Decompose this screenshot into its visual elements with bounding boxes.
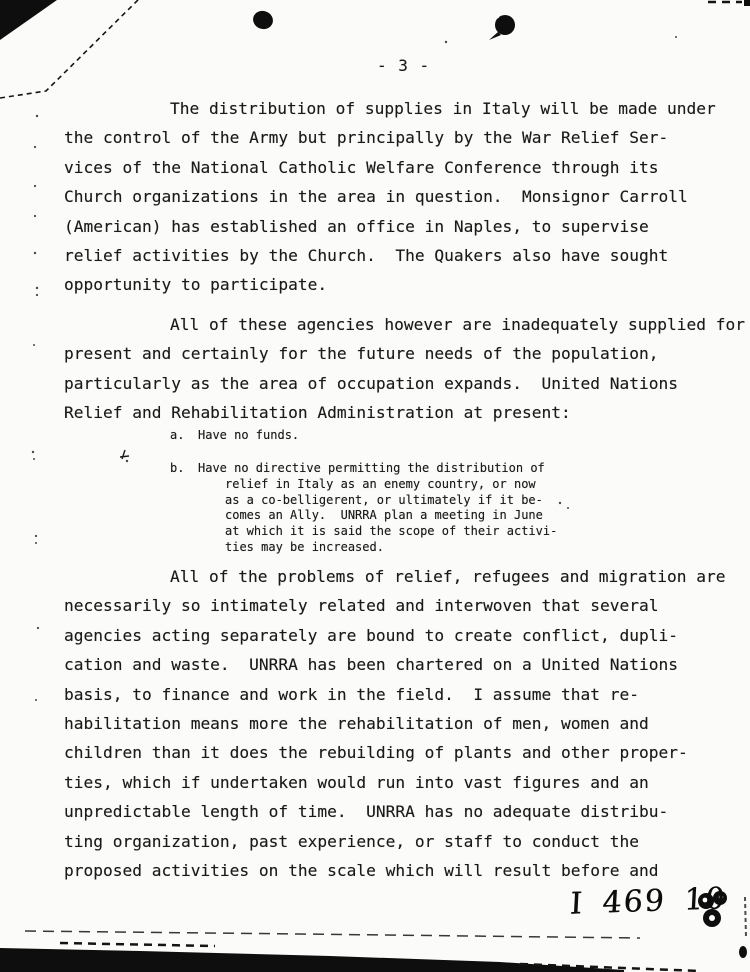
text-line: Church organizations in the area in ques… [64, 182, 716, 211]
text-line: agencies acting separately are bound to … [64, 621, 726, 650]
top-right-speck [744, 0, 750, 6]
text-line: Have no funds. [198, 428, 299, 443]
bottom-dashed-line-2 [60, 943, 215, 946]
right-edge-mark [745, 897, 746, 937]
text-line: as a co-belligerent, or ultimately if it… [225, 493, 557, 509]
text-line: vices of the National Catholic Welfare C… [64, 153, 716, 182]
text-line: (American) has established an office in … [64, 212, 716, 241]
text-line: necessarily so intimately related and in… [64, 591, 726, 620]
text-line: ties, which if undertaken would run into… [64, 768, 726, 797]
text-line: relief in Italy as an enemy country, or … [225, 477, 557, 493]
text-line: All of the problems of relief, refugees … [64, 562, 726, 591]
text-line: opportunity to participate. [64, 270, 716, 299]
text-line: cation and waste. UNRRA has been charter… [64, 650, 726, 679]
text-line: relief activities by the Church. The Qua… [64, 241, 716, 270]
handwritten-annotation: I 469 10 [569, 881, 727, 922]
text-line: ties may be increased. [225, 540, 557, 556]
text-line: Have no directive permitting the distrib… [198, 461, 557, 477]
document-page: - 3 - The distribution of supplies in It… [0, 0, 750, 972]
text-line: basis, to finance and work in the field.… [64, 680, 726, 709]
paragraph-1: The distribution of supplies in Italy wi… [64, 94, 716, 300]
list-item-a: a. Have no funds. [170, 428, 299, 443]
ink-dot-right [489, 14, 515, 41]
paragraph-3: All of the problems of relief, refugees … [64, 562, 726, 885]
text-line: children than it does the rebuilding of … [64, 738, 726, 767]
text-line: The distribution of supplies in Italy wi… [64, 94, 716, 123]
bottom-edge-tail [520, 964, 700, 971]
paragraph-2: All of these agencies however are inadeq… [64, 310, 745, 428]
text-line: the control of the Army but principally … [64, 123, 716, 152]
crease-line [0, 0, 141, 98]
list-item-b: b. Have no directive permitting the dist… [170, 461, 557, 556]
ink-dot-left [251, 8, 276, 31]
text-line: All of these agencies however are inadeq… [64, 310, 745, 339]
text-line: comes an Ally. UNRRA plan a meeting in J… [225, 508, 557, 524]
text-line: ting organization, past experience, or s… [64, 827, 726, 856]
stray-pen-mark [120, 450, 129, 459]
text-line: Relief and Rehabilitation Administration… [64, 398, 745, 427]
text-line: habilitation means more the rehabilitati… [64, 709, 726, 738]
text-line: proposed activities on the scale which w… [64, 856, 726, 885]
text-line: unpredictable length of time. UNRRA has … [64, 797, 726, 826]
bottom-dashed-line [25, 931, 640, 938]
text-line: present and certainly for the future nee… [64, 339, 745, 368]
list-marker-a: a. [170, 428, 184, 443]
list-item-b-text: Have no directive permitting the distrib… [198, 461, 557, 556]
text-line: at which it is said the scope of their a… [225, 524, 557, 540]
list-marker-b: b. [170, 461, 184, 477]
text-line: particularly as the area of occupation e… [64, 369, 745, 398]
bottom-scan-edge [0, 948, 624, 972]
corner-fold-mark [0, 0, 57, 40]
list-item-a-text: Have no funds. [198, 428, 299, 443]
page-number: - 3 - [377, 56, 430, 75]
right-edge-blob [739, 946, 747, 958]
